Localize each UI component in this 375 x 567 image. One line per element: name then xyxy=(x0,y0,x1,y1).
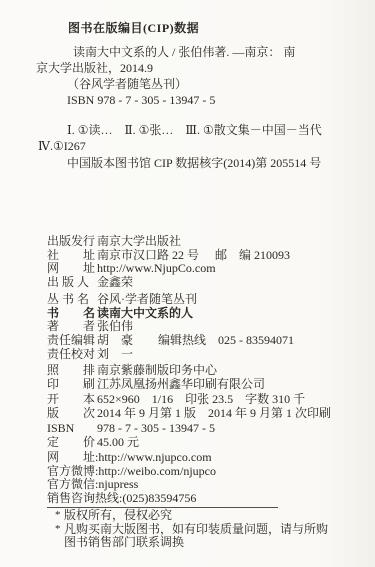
row-label: 丛 书 名 xyxy=(47,293,97,307)
sales-hotline-line: 销售咨询热线:(025)83594756 xyxy=(47,492,365,506)
info-row: 印 刷江苏凤凰扬州鑫华印刷有限公司 xyxy=(47,377,365,391)
row-value: 南京紫藤制版印务中心 xyxy=(97,363,217,377)
info-row: 网 址http://www.NjupCo.com xyxy=(47,262,365,276)
row-value: 金鑫荣 xyxy=(97,275,133,289)
cip-line-series: （谷风学者随笔丛刊） xyxy=(36,76,369,92)
cip-line-classification-1: Ⅰ. ①读… Ⅱ. ①张… Ⅲ. ①散文集－中国－当代 xyxy=(36,122,369,138)
row-value: 45.00 元 xyxy=(97,435,139,449)
note-item: * 凡购买南大版图书，如有印装质量问题，请与所购图书销售部门联系调换 xyxy=(47,523,339,550)
row-label: 版 次 xyxy=(47,406,97,420)
cip-line-title: 读南大中文系的人 / 张伯伟著. —南京： 南 xyxy=(36,44,369,60)
note-marker: * xyxy=(47,523,64,550)
cip-line-isbn: ISBN 978 - 7 - 305 - 13947 - 5 xyxy=(36,92,369,108)
row-value: 南京大学出版社 xyxy=(97,234,181,248)
row-label: ISBN xyxy=(47,421,97,435)
row-label: 定 价 xyxy=(47,435,97,449)
row-label: 出版发行 xyxy=(47,235,97,249)
row-value: 张伯伟 xyxy=(97,319,133,333)
info-row: 出版发行南京大学出版社 xyxy=(47,235,365,249)
row-value: 652×960 1/16 印张 23.5 字数 310 千 xyxy=(97,392,305,406)
note-marker: * xyxy=(47,509,64,523)
info-row: 开 本652×960 1/16 印张 23.5 字数 310 千 xyxy=(47,392,365,406)
info-row: 丛 书 名谷风·学者随笔丛刊 xyxy=(47,293,365,307)
row-value: 谷风·学者随笔丛刊 xyxy=(97,292,197,306)
printing-block: 照 排南京紫藤制版印务中心 印 刷江苏凤凰扬州鑫华印刷有限公司 开 本652×9… xyxy=(47,363,365,449)
row-label: 责任编辑 xyxy=(47,334,97,348)
info-row: 版 次2014 年 9 月第 1 版 2014 年 9 月第 1 次印刷 xyxy=(47,406,365,420)
row-value: 978 - 7 - 305 - 13947 - 5 xyxy=(97,421,215,435)
row-value: 刘 一 xyxy=(97,347,133,361)
info-row: 责任编辑胡 豪 编辑热线 025 - 83594071 xyxy=(47,334,365,348)
row-value: 南京市汉口路 22 号 xyxy=(97,248,199,262)
row-label: 出 版 人 xyxy=(47,276,97,290)
publisher-block: 出版发行南京大学出版社 社 址南京市汉口路 22 号 邮 编 210093 网 … xyxy=(47,235,365,290)
cip-line-classification-2: Ⅳ.①I267 xyxy=(36,138,369,154)
row-label: 开 本 xyxy=(47,392,97,406)
row-label: 印 刷 xyxy=(47,377,97,391)
book-block: 丛 书 名谷风·学者随笔丛刊 书 名读南大中文系的人 著 者张伯伟 责任编辑胡 … xyxy=(47,293,365,362)
info-row-isbn: ISBN978 - 7 - 305 - 13947 - 5 xyxy=(47,421,365,435)
cip-heading: 图书在版编目(CIP)数据 xyxy=(36,20,369,36)
cip-record-number: 中国版本图书馆 CIP 数据核字(2014)第 205514 号 xyxy=(36,155,369,171)
website-line: 网 址:http://www.njupco.com xyxy=(47,451,365,465)
cip-block: 图书在版编目(CIP)数据 读南大中文系的人 / 张伯伟著. —南京： 南 京大… xyxy=(36,20,369,171)
row-value: 胡 豪 xyxy=(97,333,133,347)
info-row: 照 排南京紫藤制版印务中心 xyxy=(47,363,365,377)
row-value: http://www.NjupCo.com xyxy=(97,261,216,275)
row-value: 2014 年 9 月第 1 版 2014 年 9 月第 1 次印刷 xyxy=(97,406,331,420)
notes-block: * 版权所有，侵权必究 * 凡购买南大版图书，如有印装质量问题，请与所购图书销售… xyxy=(47,509,339,550)
info-row: 责任校对刘 一 xyxy=(47,348,365,362)
note-item: * 版权所有，侵权必究 xyxy=(47,509,339,523)
postcode: 邮 编 210093 xyxy=(215,249,290,263)
row-value: 读南大中文系的人 xyxy=(97,306,193,320)
info-row: 出 版 人金鑫荣 xyxy=(47,276,365,290)
copyright-page: 图书在版编目(CIP)数据 读南大中文系的人 / 张伯伟著. —南京： 南 京大… xyxy=(0,0,375,567)
row-value: 江苏凤凰扬州鑫华印刷有限公司 xyxy=(97,377,265,391)
cip-line-publisher: 京大学出版社，2014.9 xyxy=(36,60,369,76)
row-label: 责任校对 xyxy=(47,348,97,362)
quality-notice: 凡购买南大版图书，如有印装质量问题，请与所购图书销售部门联系调换 xyxy=(64,523,339,550)
info-row-price: 定 价45.00 元 xyxy=(47,435,365,449)
editor-hotline: 编辑热线 025 - 83594071 xyxy=(158,334,294,348)
online-block: 网 址:http://www.njupco.com 官方微博:http://we… xyxy=(47,451,365,506)
row-label: 照 排 xyxy=(47,363,97,377)
copyright-notice: 版权所有，侵权必究 xyxy=(64,509,339,523)
